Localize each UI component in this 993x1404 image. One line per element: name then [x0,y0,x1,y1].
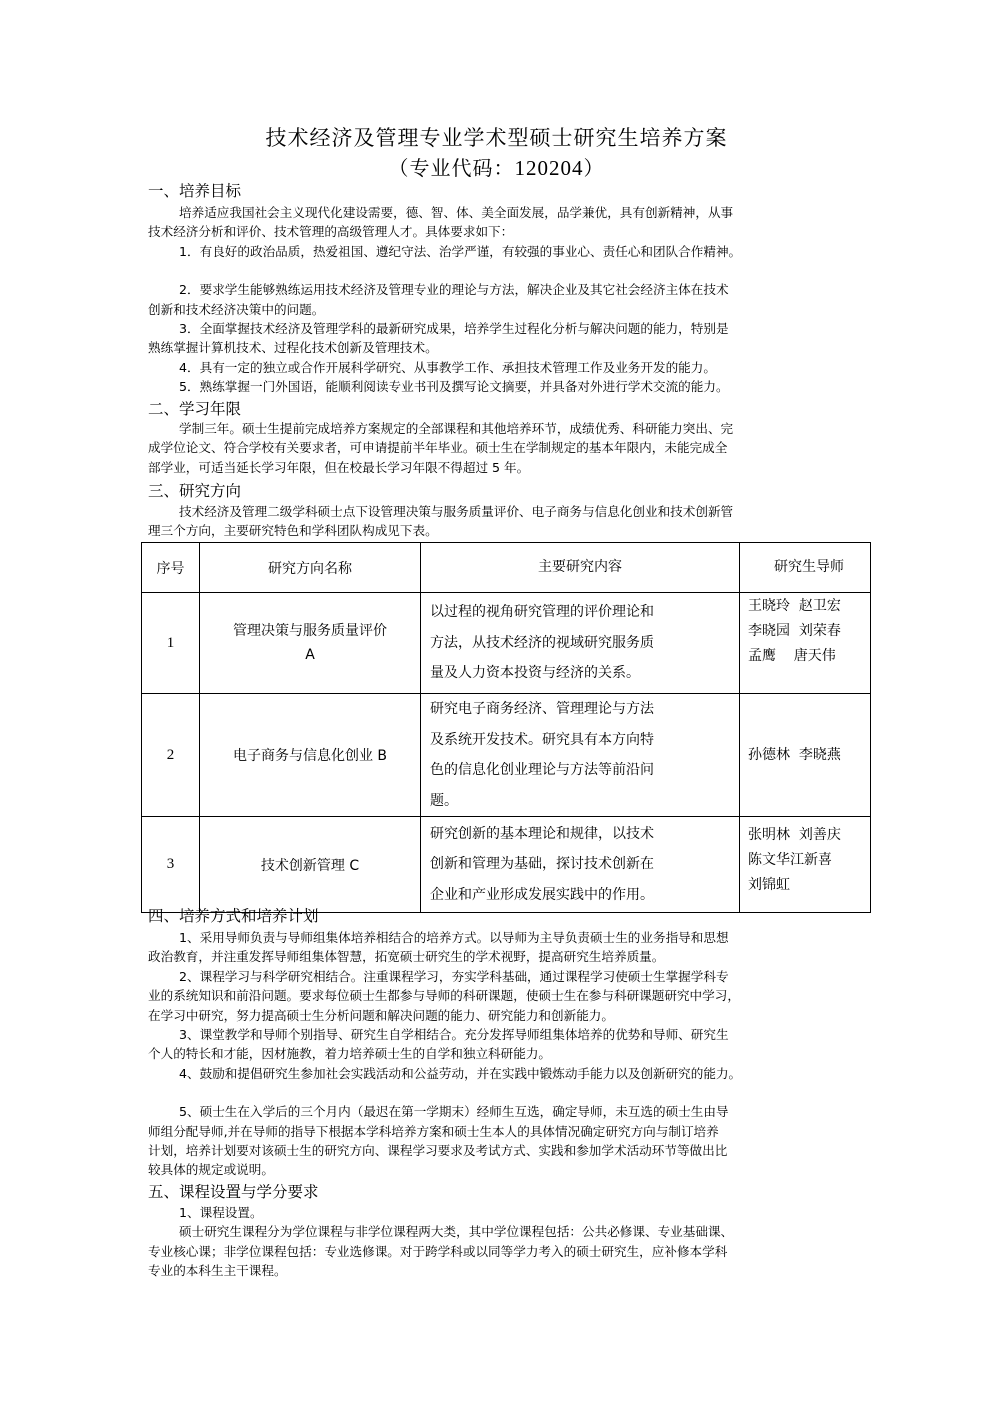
paragraph-line: 2、课程学习与科学研究相结合。注重课程学习，夯实学科基础，通过课程学习使硕士生掌… [148,967,848,986]
paragraph-line: 1、课程设置。 [148,1203,848,1222]
paragraph-line: 个人的特长和才能，因材施教，着力培养硕士生的自学和独立科研能力。 [148,1044,848,1063]
table-header-row: 序号 研究方向名称 主要研究内容 研究生导师 [142,543,871,593]
paragraph-line: 4、鼓励和提倡研究生参加社会实践活动和公益劳动，并在实践中锻炼动手能力以及创新研… [148,1064,848,1083]
paragraph-line: 技术经济及管理二级学科硕士点下设管理决策与服务质量评价、电子商务与信息化创业和技… [148,502,848,521]
paragraph-line: 1、采用导师负责与导师组集体培养相结合的培养方式。以导师为主导负责硕士生的业务指… [148,928,848,947]
row-main-content: 研究创新的基本理论和规律，以技术 创新和管理为基础，探讨技术创新在 企业和产业形… [421,817,740,913]
row-main-content: 研究电子商务经济、管理理论与方法 及系统开发技术。研究具有本方向特 色的信息化创… [421,694,740,817]
row-advisors: 王晓玲 赵卫宏 李晓园 刘荣春 孟鹰 唐天伟 [740,593,871,694]
paragraph-line: 计划，培养计划要对该硕士生的研究方向、课程学习要求及考试方式、实践和参加学术活动… [148,1141,848,1160]
section-body-training-plan: 1、采用导师负责与导师组集体培养相结合的培养方式。以导师为主导负责硕士生的业务指… [148,928,848,1180]
section-heading-training-plan: 四、培养方式和培养计划 [148,906,319,926]
section-body-objectives: 培养适应我国社会主义现代化建设需要，德、智、体、美全面发展，品学兼优，具有创新精… [148,203,848,397]
paragraph-line: 较具体的规定或说明。 [148,1160,848,1179]
paragraph-line: 5、硕士生在入学后的三个月内（最迟在第一学期末）经师生互选，确定导师，未互选的硕… [148,1102,848,1121]
research-directions-table: 序号 研究方向名称 主要研究内容 研究生导师 1 管理决策与服务质量评价 A 以… [141,542,871,913]
document-subtitle: （专业代码：120204） [0,152,993,181]
section-body-duration: 学制三年。硕士生提前完成培养方案规定的全部课程和其他培养环节，成绩优秀、科研能力… [148,419,848,477]
table-row: 3 技术创新管理 C 研究创新的基本理论和规律，以技术 创新和管理为基础，探讨技… [142,817,871,913]
paragraph-line: 成学位论文、符合学校有关要求者，可申请提前半年毕业。硕士生在学制规定的基本年限内… [148,438,848,457]
subtitle-suffix: ） [584,156,605,180]
paragraph-line: 创新和技术经济决策中的问题。 [148,300,848,319]
header-advisors: 研究生导师 [740,543,871,593]
row-advisors: 孙德林 李晓燕 [740,694,871,817]
subtitle-prefix: （专业代码： [389,156,515,180]
paragraph-line: 师组分配导师,并在导师的指导下根据本学科培养方案和硕士生本人的具体情况确定研究方… [148,1122,848,1141]
section-body-curriculum: 1、课程设置。 硕士研究生课程分为学位课程与非学位课程两大类，其中学位课程包括：… [148,1203,848,1281]
header-index: 序号 [142,543,200,593]
paragraph-line: 学制三年。硕士生提前完成培养方案规定的全部课程和其他培养环节，成绩优秀、科研能力… [148,419,848,438]
table-row: 2 电子商务与信息化创业 B 研究电子商务经济、管理理论与方法 及系统开发技术。… [142,694,871,817]
document-title: 技术经济及管理专业学术型硕士研究生培养方案 [0,122,993,152]
paragraph-line: 理三个方向，主要研究特色和学科团队构成见下表。 [148,521,848,540]
paragraph-line: 1．有良好的政治品质，热爱祖国、遵纪守法、治学严谨，有较强的事业心、责任心和团队… [148,242,848,261]
header-direction-name: 研究方向名称 [200,543,421,593]
row-index: 3 [142,817,200,913]
section-heading-duration: 二、学习年限 [148,399,241,419]
row-direction-name: 管理决策与服务质量评价 A [200,593,421,694]
row-advisors: 张明林 刘善庆 陈文华江新喜 刘锦虹 [740,817,871,913]
paragraph-line: 硕士研究生课程分为学位课程与非学位课程两大类，其中学位课程包括：公共必修课、专业… [148,1222,848,1241]
paragraph-line: 4．具有一定的独立或合作开展科学研究、从事教学工作、承担技术管理工作及业务开发的… [148,358,848,377]
section-body-research-directions: 技术经济及管理二级学科硕士点下设管理决策与服务质量评价、电子商务与信息化创业和技… [148,502,848,541]
row-direction-name: 电子商务与信息化创业 B [200,694,421,817]
paragraph-line: 部学业，可适当延长学习年限，但在校最长学习年限不得超过 5 年。 [148,458,848,477]
row-index: 1 [142,593,200,694]
paragraph-line: 业的系统知识和前沿问题。要求每位硕士生都参与导师的科研课题，使硕士生在参与科研课… [148,986,848,1005]
row-direction-name: 技术创新管理 C [200,817,421,913]
paragraph-line: 专业的本科生主干课程。 [148,1261,848,1280]
section-heading-curriculum: 五、课程设置与学分要求 [148,1182,319,1202]
row-index: 2 [142,694,200,817]
section-heading-objectives: 一、培养目标 [148,181,241,201]
paragraph-line: 5．熟练掌握一门外国语，能顺利阅读专业书刊及撰写论文摘要，并具备对外进行学术交流… [148,377,848,396]
row-main-content: 以过程的视角研究管理的评价理论和 方法，从技术经济的视域研究服务质 量及人力资本… [421,593,740,694]
major-code: 120204 [515,156,584,180]
paragraph-line: 3．全面掌握技术经济及管理学科的最新研究成果，培养学生过程化分析与解决问题的能力… [148,319,848,338]
paragraph-line: 在学习中研究，努力提高硕士生分析问题和解决问题的能力、研究能力和创新能力。 [148,1006,848,1025]
paragraph-line: 专业核心课；非学位课程包括：专业选修课。对于跨学科或以同等学力考入的硕士研究生，… [148,1242,848,1261]
paragraph-line: 培养适应我国社会主义现代化建设需要，德、智、体、美全面发展，品学兼优，具有创新精… [148,203,848,222]
paragraph-line: 技术经济分析和评价、技术管理的高级管理人才。具体要求如下： [148,222,848,241]
section-heading-research-directions: 三、研究方向 [148,481,241,501]
paragraph-line: 政治教育，并注重发挥导师组集体智慧，拓宽硕士研究生的学术视野，提高研究生培养质量… [148,947,848,966]
paragraph-line: 3、课堂教学和导师个别指导、研究生自学相结合。充分发挥导师组集体培养的优势和导师… [148,1025,848,1044]
paragraph-line: 熟练掌握计算机技术、过程化技术创新及管理技术。 [148,338,848,357]
paragraph-line: 2．要求学生能够熟练运用技术经济及管理专业的理论与方法，解决企业及其它社会经济主… [148,280,848,299]
header-main-content: 主要研究内容 [421,543,740,593]
table-row: 1 管理决策与服务质量评价 A 以过程的视角研究管理的评价理论和 方法，从技术经… [142,593,871,694]
